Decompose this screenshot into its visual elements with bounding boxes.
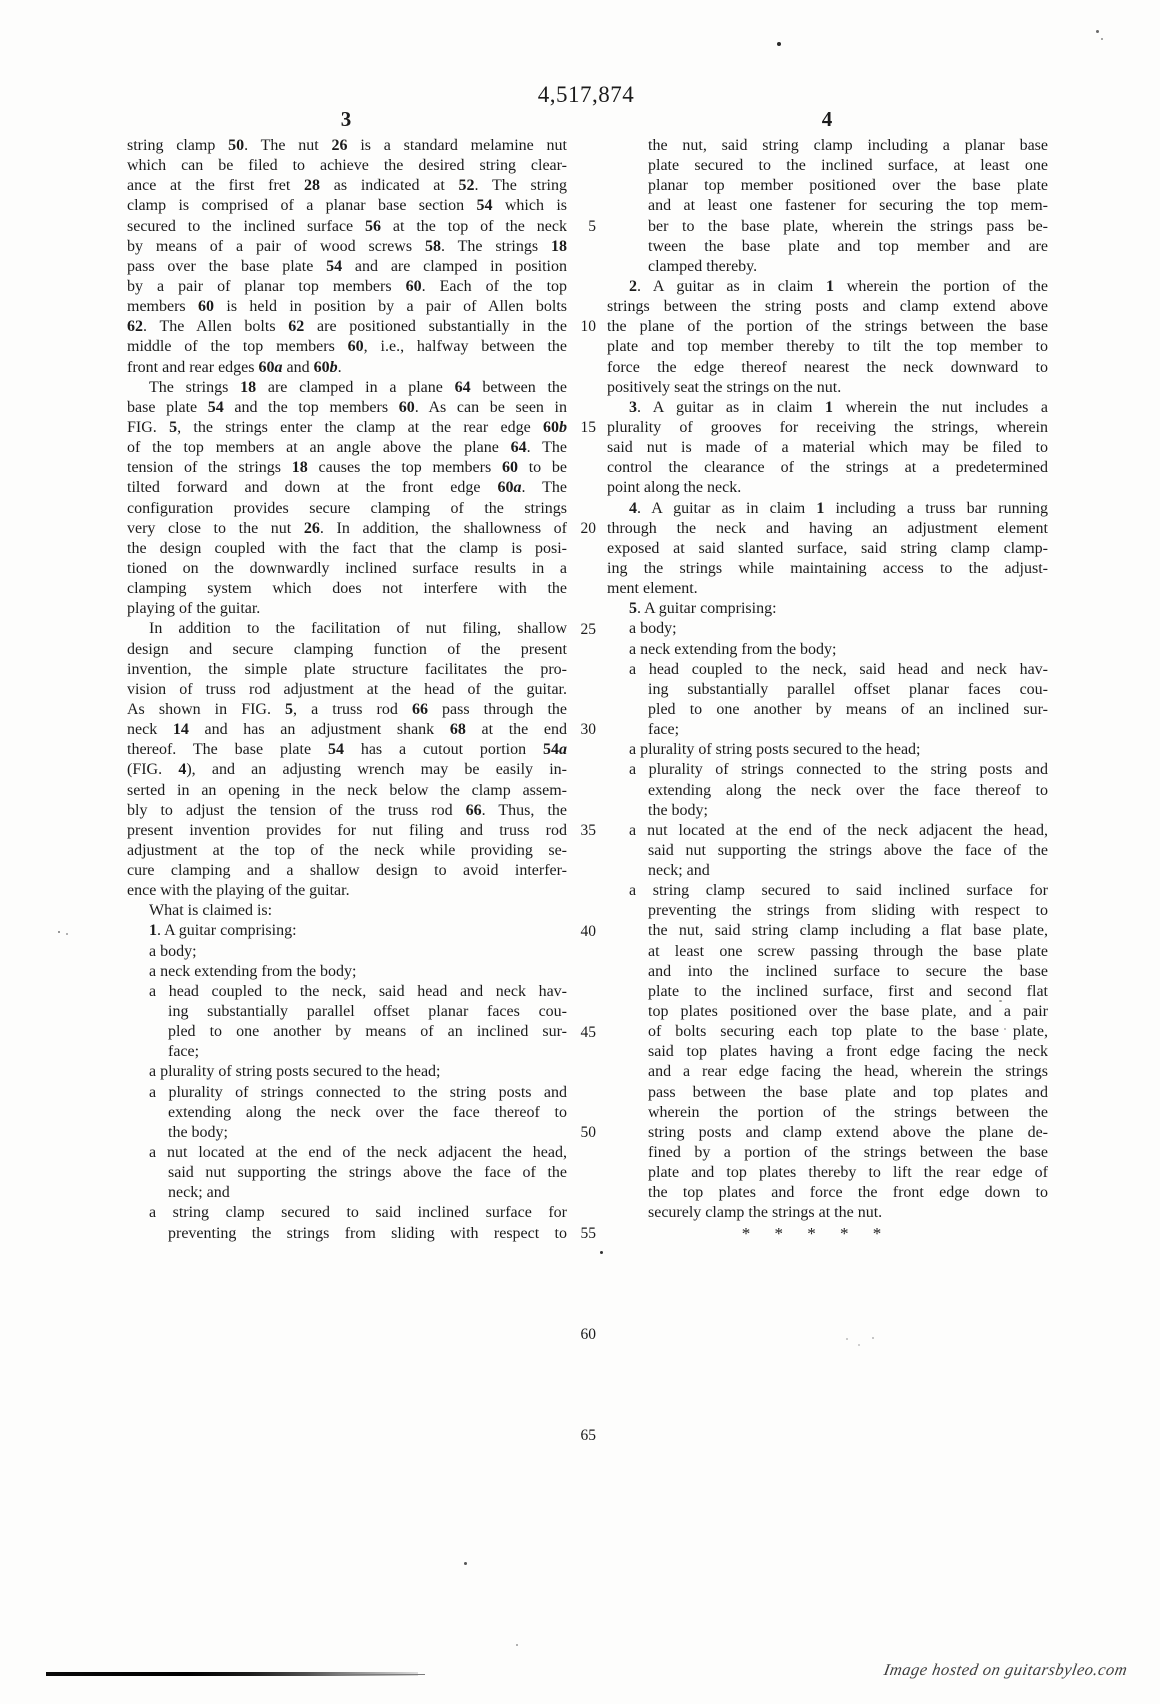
text-line: 62. The Allen bolts 62 are positioned su…	[127, 317, 567, 337]
text-line: tween the base plate and top member and …	[607, 237, 1048, 257]
text-line: (FIG. 4), and an adjusting wrench may be…	[127, 760, 567, 780]
text-line: plate and top member thereby to tilt the…	[607, 337, 1048, 357]
asterisk-separator: * * * * *	[607, 1224, 1048, 1244]
text-line: a neck extending from the body;	[127, 962, 567, 982]
scan-speck	[66, 933, 68, 935]
text-line: pass between the base plate and top plat…	[607, 1083, 1048, 1103]
text-line: strings between the string posts and cla…	[607, 297, 1048, 317]
text-line: In addition to the facilitation of nut f…	[127, 619, 567, 639]
text-line: by a pair of planar top members 60. Each…	[127, 277, 567, 297]
text-line: plurality of grooves for receiving the s…	[607, 418, 1048, 438]
text-line: middle of the top members 60, i.e., half…	[127, 337, 567, 357]
scan-speck	[872, 1337, 874, 1339]
text-line: wherein the portion of the strings betwe…	[607, 1103, 1048, 1123]
text-line: a plurality of strings connected to the …	[607, 760, 1048, 780]
text-line: present invention provides for nut filin…	[127, 821, 567, 841]
text-line: of bolts securing each top plate to the …	[607, 1022, 1048, 1042]
text-line: plate secured to the inclined surface, a…	[607, 156, 1048, 176]
text-line: force the edge thereof nearest the neck …	[607, 358, 1048, 378]
text-line: the plane of the portion of the strings …	[607, 317, 1048, 337]
text-line: and at least one fastener for securing t…	[607, 196, 1048, 216]
line-number: 40	[570, 922, 596, 942]
column-number-right: 4	[822, 107, 833, 132]
text-line: tilted forward and down at the front edg…	[127, 478, 567, 498]
patent-number: 4,517,874	[538, 82, 635, 108]
text-line: ment element.	[607, 579, 1048, 599]
scan-speck	[600, 1251, 603, 1254]
text-line: secured to the inclined surface 56 at th…	[127, 217, 567, 237]
text-line: plate to the inclined surface, first and…	[607, 982, 1048, 1002]
text-line: FIG. 5, the strings enter the clamp at t…	[127, 418, 567, 438]
text-line: preventing the strings from sliding with…	[607, 901, 1048, 921]
text-line: members 60 is held in position by a pair…	[127, 297, 567, 317]
text-line: plate and top plates thereby to lift the…	[607, 1163, 1048, 1183]
text-line: design and secure clamping function of t…	[127, 640, 567, 660]
scan-speck	[516, 1644, 518, 1646]
text-line: and into the inclined surface to secure …	[607, 962, 1048, 982]
scan-speck	[1096, 30, 1099, 33]
text-line: 2. A guitar as in claim 1 wherein the po…	[607, 277, 1048, 297]
text-line: the top plates and force the front edge …	[607, 1183, 1048, 1203]
text-line: configuration provides secure clamping o…	[127, 499, 567, 519]
text-line: 5. A guitar comprising:	[607, 599, 1048, 619]
text-line: clamped thereby.	[607, 257, 1048, 277]
text-line: positively seat the strings on the nut.	[607, 378, 1048, 398]
text-line: securely clamp the strings at the nut.	[607, 1203, 1048, 1223]
line-number: 20	[570, 519, 596, 539]
text-line: 1. A guitar comprising:	[127, 921, 567, 941]
text-line: pled to one another by means of an incli…	[127, 1022, 567, 1042]
text-line: neck 14 and has an adjustment shank 68 a…	[127, 720, 567, 740]
line-number: 55	[570, 1224, 596, 1244]
text-line: tioned on the downwardly inclined surfac…	[127, 559, 567, 579]
line-number: 60	[570, 1325, 596, 1345]
text-line: a head coupled to the neck, said head an…	[127, 982, 567, 1002]
scan-speck	[846, 1338, 848, 1340]
text-line: cure clamping and a shallow design to av…	[127, 861, 567, 881]
text-line: neck; and	[607, 861, 1048, 881]
text-line: said nut supporting the strings above th…	[607, 841, 1048, 861]
text-line: string clamp 50. The nut 26 is a standar…	[127, 136, 567, 156]
text-line: the body;	[127, 1123, 567, 1143]
text-line: control the clearance of the strings at …	[607, 458, 1048, 478]
text-line: 4. A guitar as in claim 1 including a tr…	[607, 499, 1048, 519]
text-line: a nut located at the end of the neck adj…	[607, 821, 1048, 841]
text-line: a body;	[127, 942, 567, 962]
text-line: face;	[127, 1042, 567, 1062]
text-line: tension of the strings 18 causes the top…	[127, 458, 567, 478]
scan-speck	[1004, 1028, 1006, 1030]
claims-lines: the nut, said string clamp including a p…	[607, 136, 1048, 1224]
text-line: face;	[607, 720, 1048, 740]
text-line: ber to the base plate, wherein the strin…	[607, 217, 1048, 237]
text-line: which can be filed to achieve the desire…	[127, 156, 567, 176]
text-line: ing substantially parallel offset planar…	[607, 680, 1048, 700]
text-line: very close to the nut 26. In addition, t…	[127, 519, 567, 539]
text-line: fined by a portion of the strings betwee…	[607, 1143, 1048, 1163]
scan-speck	[858, 1344, 860, 1346]
column-number-left: 3	[341, 107, 352, 132]
text-line: ance at the first fret 28 as indicated a…	[127, 176, 567, 196]
text-line: ence with the playing of the guitar.	[127, 881, 567, 901]
text-line: a plurality of strings connected to the …	[127, 1083, 567, 1103]
text-line: pass over the base plate 54 and are clam…	[127, 257, 567, 277]
text-line: invention, the simple plate structure fa…	[127, 660, 567, 680]
line-number: 65	[570, 1426, 596, 1446]
scan-speck	[58, 931, 60, 933]
text-line: by means of a pair of wood screws 58. Th…	[127, 237, 567, 257]
text-line: a head coupled to the neck, said head an…	[607, 660, 1048, 680]
text-line: extending along the neck over the face t…	[607, 781, 1048, 801]
claims-column: the nut, said string clamp including a p…	[607, 136, 1048, 1244]
text-line: exposed at said slanted surface, said st…	[607, 539, 1048, 559]
text-line: top plates positioned over the base plat…	[607, 1002, 1048, 1022]
text-line: What is claimed is:	[127, 901, 567, 921]
text-line: the design coupled with the fact that th…	[127, 539, 567, 559]
text-line: and a rear edge facing the head, wherein…	[607, 1062, 1048, 1082]
text-line: pled to one another by means of an incli…	[607, 700, 1048, 720]
text-line: a plurality of string posts secured to t…	[607, 740, 1048, 760]
text-line: thereof. The base plate 54 has a cutout …	[127, 740, 567, 760]
text-line: ing substantially parallel offset planar…	[127, 1002, 567, 1022]
text-line: playing of the guitar.	[127, 599, 567, 619]
patent-page: 4,517,874 3 4 5101520253035404550556065 …	[0, 0, 1160, 1704]
line-number: 25	[570, 620, 596, 640]
line-number: 5	[570, 217, 596, 237]
text-line: vision of truss rod adjustment at the he…	[127, 680, 567, 700]
line-number: 35	[570, 821, 596, 841]
text-line: the nut, said string clamp including a p…	[607, 136, 1048, 156]
footer-credit: Image hosted on guitarsbyleo.com	[882, 1660, 1136, 1680]
text-line: As shown in FIG. 5, a truss rod 66 pass …	[127, 700, 567, 720]
text-line: clamp is comprised of a planar base sect…	[127, 196, 567, 216]
text-line: string posts and clamp extend above the …	[607, 1123, 1048, 1143]
scan-speck	[1101, 38, 1103, 40]
text-line: front and rear edges 60a and 60b.	[127, 358, 567, 378]
text-line: said nut supporting the strings above th…	[127, 1163, 567, 1183]
text-line: ing the strings while maintaining access…	[607, 559, 1048, 579]
text-line: the body;	[607, 801, 1048, 821]
text-line: serted in an opening in the neck below t…	[127, 781, 567, 801]
text-line: planar top member positioned over the ba…	[607, 176, 1048, 196]
description-column: string clamp 50. The nut 26 is a standar…	[127, 136, 567, 1244]
text-line: base plate 54 and the top members 60. As…	[127, 398, 567, 418]
text-line: adjustment at the top of the neck while …	[127, 841, 567, 861]
text-line: a string clamp secured to said inclined …	[607, 881, 1048, 901]
line-number: 50	[570, 1123, 596, 1143]
text-line: preventing the strings from sliding with…	[127, 1224, 567, 1244]
text-line: extending along the neck over the face t…	[127, 1103, 567, 1123]
line-number: 10	[570, 317, 596, 337]
scan-speck	[464, 1562, 467, 1565]
line-number: 15	[570, 418, 596, 438]
text-line: at least one screw passing through the b…	[607, 942, 1048, 962]
scan-speck	[999, 1000, 1002, 1002]
text-line: The strings 18 are clamped in a plane 64…	[127, 378, 567, 398]
text-line: a plurality of string posts secured to t…	[127, 1062, 567, 1082]
text-line: a body;	[607, 619, 1048, 639]
scan-speck	[777, 42, 781, 46]
line-number: 30	[570, 720, 596, 740]
text-line: said top plates having a front edge faci…	[607, 1042, 1048, 1062]
text-line: 3. A guitar as in claim 1 wherein the nu…	[607, 398, 1048, 418]
text-line: a string clamp secured to said inclined …	[127, 1203, 567, 1223]
line-number: 45	[570, 1023, 596, 1043]
text-line: through the neck and having an adjustmen…	[607, 519, 1048, 539]
text-line: point along the neck.	[607, 478, 1048, 498]
text-line: neck; and	[127, 1183, 567, 1203]
text-line: a neck extending from the body;	[607, 640, 1048, 660]
text-line: clamping system which does not interfere…	[127, 579, 567, 599]
text-line: said nut is made of a material which may…	[607, 438, 1048, 458]
text-line: the nut, said string clamp including a f…	[607, 921, 1048, 941]
text-line: of the top members at an angle above the…	[127, 438, 567, 458]
text-line: bly to adjust the tension of the truss r…	[127, 801, 567, 821]
scan-bar-tail-artifact	[340, 1674, 425, 1675]
text-line: a nut located at the end of the neck adj…	[127, 1143, 567, 1163]
